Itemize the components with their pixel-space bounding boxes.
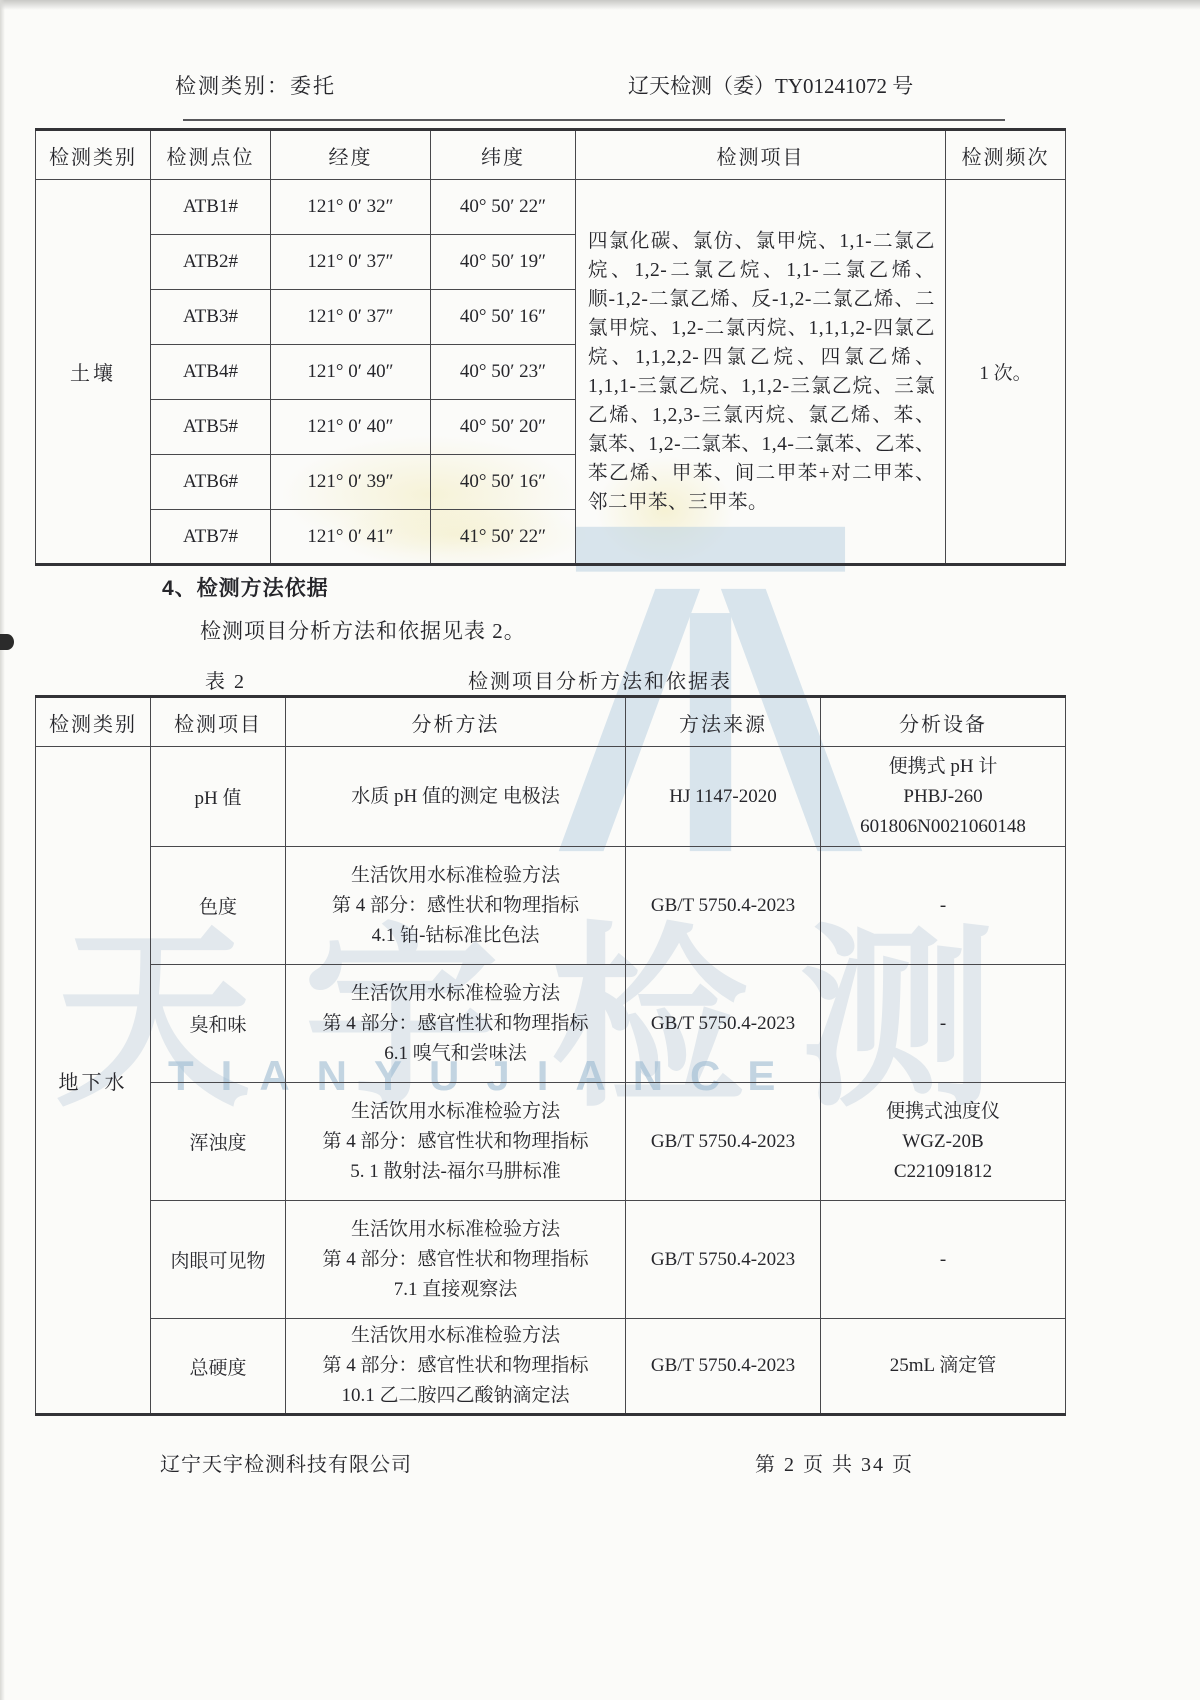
col-header-items: 检测项目 [576,130,946,180]
point-id: ATB7# [151,510,271,565]
method-source: GB/T 5750.4-2023 [626,1201,821,1319]
test-item: 色度 [151,847,286,965]
table-row: 总硬度 生活饮用水标准检验方法 第 4 部分：感官性状和物理指标 10.1 乙二… [36,1319,1066,1415]
method-source: GB/T 5750.4-2023 [626,847,821,965]
sample-category: 土壤 [36,180,151,565]
latitude: 40° 50′ 19″ [431,235,576,290]
col-header-point: 检测点位 [151,130,271,180]
point-id: ATB5# [151,400,271,455]
header-rule [183,119,1005,121]
section-heading: 4、检测方法依据 [162,572,329,602]
longitude: 121° 0′ 32″ [271,180,431,235]
analysis-methods-table: 检测类别 检测项目 分析方法 方法来源 分析设备 地下水 pH 值 水质 pH … [35,695,1066,1416]
latitude: 40° 50′ 16″ [431,455,576,510]
table2-title: 检测项目分析方法和依据表 [0,665,1200,694]
latitude: 40° 50′ 20″ [431,400,576,455]
report-number: 辽天检测（委）TY01241072 号 [628,70,913,100]
method-source: GB/T 5750.4-2023 [626,1083,821,1201]
table-row: 肉眼可见物 生活饮用水标准检验方法 第 4 部分：感官性状和物理指标 7.1 直… [36,1201,1066,1319]
col-header-equipment: 分析设备 [821,697,1066,747]
test-item: 臭和味 [151,965,286,1083]
table-row: 地下水 pH 值 水质 pH 值的测定 电极法 HJ 1147-2020 便携式… [36,747,1066,847]
latitude: 40° 50′ 16″ [431,290,576,345]
section-intro: 检测项目分析方法和依据见表 2。 [200,615,526,645]
test-frequency: 1 次。 [946,180,1066,565]
latitude: 40° 50′ 23″ [431,345,576,400]
point-id: ATB2# [151,235,271,290]
analysis-equipment: 便携式 pH 计 PHBJ-260 601806N0021060148 [821,747,1066,847]
col-header-frequency: 检测频次 [946,130,1066,180]
latitude: 41° 50′ 22″ [431,510,576,565]
longitude: 121° 0′ 39″ [271,455,431,510]
test-items: 四氯化碳、氯仿、氯甲烷、1,1-二氯乙烷、1,2-二氯乙烷、1,1-二氯乙烯、顺… [576,180,946,565]
col-header-latitude: 纬度 [431,130,576,180]
test-item: pH 值 [151,747,286,847]
col-header-longitude: 经度 [271,130,431,180]
footer-company: 辽宁天宇检测科技有限公司 [160,1448,412,1477]
analysis-method: 生活饮用水标准检验方法 第 4 部分：感官性状和物理指标 7.1 直接观察法 [286,1201,626,1319]
test-item: 浑浊度 [151,1083,286,1201]
table-row: 土壤 ATB1# 121° 0′ 32″ 40° 50′ 22″ 四氯化碳、氯仿… [36,180,1066,235]
analysis-equipment: 25mL 滴定管 [821,1319,1066,1415]
method-source: HJ 1147-2020 [626,747,821,847]
analysis-method: 水质 pH 值的测定 电极法 [286,747,626,847]
sampling-points-table: 检测类别 检测点位 经度 纬度 检测项目 检测频次 土壤 ATB1# 121° … [35,128,1066,566]
col-header-category: 检测类别 [36,697,151,747]
analysis-equipment: - [821,847,1066,965]
table-row: 浑浊度 生活饮用水标准检验方法 第 4 部分：感官性状和物理指标 5. 1 散射… [36,1083,1066,1201]
document-page: 检测类别：委托 辽天检测（委）TY01241072 号 检测类别 检测点位 经度… [0,0,1200,1700]
scan-edge-left [0,0,5,1700]
analysis-equipment: 便携式浊度仪 WGZ-20B C221091812 [821,1083,1066,1201]
table-row: 臭和味 生活饮用水标准检验方法 第 4 部分：感官性状和物理指标 6.1 嗅气和… [36,965,1066,1083]
method-source: GB/T 5750.4-2023 [626,1319,821,1415]
col-header-method: 分析方法 [286,697,626,747]
test-item: 总硬度 [151,1319,286,1415]
footer-page-number: 第 2 页 共 34 页 [755,1448,914,1477]
longitude: 121° 0′ 40″ [271,400,431,455]
analysis-equipment: - [821,1201,1066,1319]
longitude: 121° 0′ 37″ [271,290,431,345]
analysis-method: 生活饮用水标准检验方法 第 4 部分：感官性状和物理指标 5. 1 散射法-福尔… [286,1083,626,1201]
latitude: 40° 50′ 22″ [431,180,576,235]
method-source: GB/T 5750.4-2023 [626,965,821,1083]
table-row: 色度 生活饮用水标准检验方法 第 4 部分：感性状和物理指标 4.1 铂-钴标准… [36,847,1066,965]
point-id: ATB3# [151,290,271,345]
col-header-category: 检测类别 [36,130,151,180]
report-type-label: 检测类别：委托 [175,70,336,100]
point-id: ATB1# [151,180,271,235]
col-header-item: 检测项目 [151,697,286,747]
test-item: 肉眼可见物 [151,1201,286,1319]
analysis-method: 生活饮用水标准检验方法 第 4 部分：感性状和物理指标 4.1 铂-钴标准比色法 [286,847,626,965]
scan-speck [0,634,14,650]
sample-category: 地下水 [36,747,151,1415]
longitude: 121° 0′ 40″ [271,345,431,400]
point-id: ATB4# [151,345,271,400]
analysis-equipment: - [821,965,1066,1083]
analysis-method: 生活饮用水标准检验方法 第 4 部分：感官性状和物理指标 10.1 乙二胺四乙酸… [286,1319,626,1415]
longitude: 121° 0′ 37″ [271,235,431,290]
col-header-source: 方法来源 [626,697,821,747]
longitude: 121° 0′ 41″ [271,510,431,565]
analysis-method: 生活饮用水标准检验方法 第 4 部分：感官性状和物理指标 6.1 嗅气和尝味法 [286,965,626,1083]
scan-edge-top [0,0,1200,10]
point-id: ATB6# [151,455,271,510]
